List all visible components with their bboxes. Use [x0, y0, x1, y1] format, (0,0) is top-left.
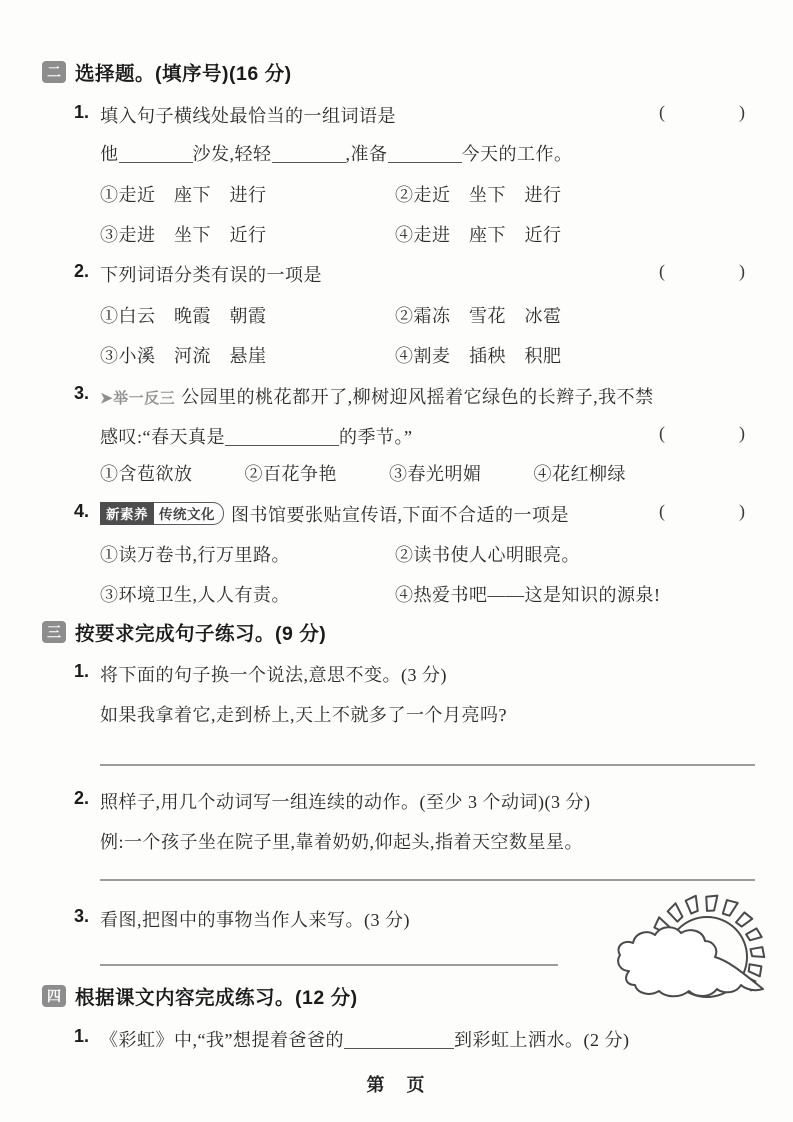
paren-close: )	[739, 102, 745, 123]
option-1: ①读万卷书,行万里路。	[100, 541, 395, 567]
section-4-badge-icon: 四	[42, 985, 66, 1007]
option-4: ④热爱书吧——这是知识的源泉!	[395, 581, 661, 607]
option-3: ③走进 坐下 近行	[100, 221, 395, 247]
paren-open: (	[659, 423, 665, 444]
sun-cloud-illustration	[613, 893, 777, 1007]
option-4: ④花红柳绿	[534, 460, 627, 486]
paren-open: (	[659, 501, 665, 522]
answer-parentheses: ( )	[659, 423, 745, 444]
question-number: 3.	[74, 383, 89, 404]
option-3: ③环境卫生,人人有责。	[100, 581, 395, 607]
question-number: 3.	[74, 906, 89, 927]
option-2: ②读书使人心明眼亮。	[395, 541, 580, 567]
worksheet-page: 二 选择题。(填序号)(16 分) 1. 填入句子横线处最恰当的一组词语是 ( …	[0, 0, 793, 1122]
option-3: ③春光明媚	[389, 460, 482, 486]
fill-sentence: 《彩虹》中,“我”想提着爸爸的到彩虹上洒水。(2 分)	[100, 1026, 629, 1052]
fill-blank	[344, 1033, 454, 1049]
option-3: ③小溪 河流 悬崖	[100, 342, 395, 368]
section-2-header: 二 选择题。(填序号)(16 分)	[42, 58, 292, 86]
answer-line	[100, 879, 755, 881]
option-2: ②百花争艳	[245, 460, 338, 486]
section-4-header: 四 根据课文内容完成练习。(12 分)	[42, 982, 358, 1010]
option-2: ②走近 坐下 进行	[395, 181, 562, 207]
question-number: 1.	[74, 102, 89, 123]
fill-seg: 沙发,轻轻	[193, 144, 272, 164]
question-number: 1.	[74, 1026, 89, 1047]
question-2-1-options-row2: ③走进 坐下 近行 ④走进 座下 近行	[100, 221, 562, 247]
question-text-line1: ➤举一反三公园里的桃花都开了,柳树迎风摇着它绿色的长辫子,我不禁	[100, 383, 654, 409]
page-footer: 第 页	[0, 1071, 793, 1097]
example-text: 例:一个孩子坐在院子里,靠着奶奶,仰起头,指着天空数星星。	[100, 828, 583, 854]
question-text: 填入句子横线处最恰当的一组词语是	[100, 102, 396, 128]
option-4: ④走进 座下 近行	[395, 221, 562, 247]
question-2-1-options-row1: ①走近 座下 进行 ②走近 坐下 进行	[100, 181, 562, 207]
option-1: ①白云 晚霞 朝霞	[100, 302, 395, 328]
xinsuyang-badge: 新素养	[100, 502, 154, 525]
fill-sentence: 他沙发,轻轻,准备今天的工作。	[100, 140, 573, 166]
section-3-badge-icon: 三	[42, 621, 66, 643]
paren-open: (	[659, 261, 665, 282]
fill-blank	[119, 147, 193, 163]
section-2-badge-icon: 二	[42, 61, 66, 83]
section-3-title: 按要求完成句子练习。(9 分)	[75, 618, 326, 646]
fill-seg: 感叹:“春天真是	[100, 427, 225, 447]
paren-open: (	[659, 102, 665, 123]
answer-line	[100, 964, 558, 966]
fill-seg: 到彩虹上洒水。(2 分)	[454, 1030, 630, 1050]
question-text: 看图,把图中的事物当作人来写。(3 分)	[100, 906, 410, 932]
paren-close: )	[739, 423, 745, 444]
option-1: ①走近 座下 进行	[100, 181, 395, 207]
question-2-3-options: ①含苞欲放 ②百花争艳 ③春光明媚 ④花红柳绿	[100, 460, 626, 486]
paren-close: )	[739, 261, 745, 282]
answer-parentheses: ( )	[659, 261, 745, 282]
fill-blank	[272, 147, 346, 163]
question-2-4-options-row1: ①读万卷书,行万里路。 ②读书使人心明眼亮。	[100, 541, 580, 567]
question-text: 将下面的句子换一个说法,意思不变。(3 分)	[100, 661, 447, 687]
answer-parentheses: ( )	[659, 102, 745, 123]
question-2-2-options-row1: ①白云 晚霞 朝霞 ②霜冻 雪花 冰雹	[100, 302, 562, 328]
fill-blank	[225, 430, 339, 446]
question-text-with-badges: 新素养传统文化图书馆要张贴宣传语,下面不合适的一项是	[100, 501, 569, 527]
sentence-text: 如果我拿着它,走到桥上,天上不就多了一个月亮吗?	[100, 701, 507, 727]
paren-close: )	[739, 501, 745, 522]
option-2: ②霜冻 雪花 冰雹	[395, 302, 562, 328]
fill-seg: 他	[100, 144, 119, 164]
juyifansan-tag: ➤举一反三	[100, 390, 175, 407]
question-text: 图书馆要张贴宣传语,下面不合适的一项是	[231, 505, 569, 525]
chuantongwenhua-badge: 传统文化	[154, 502, 224, 525]
option-4: ④割麦 插秧 积肥	[395, 342, 562, 368]
question-text: 下列词语分类有误的一项是	[100, 261, 322, 287]
fill-seg: 今天的工作。	[462, 144, 573, 164]
fill-sentence: 感叹:“春天真是的季节。”	[100, 423, 413, 449]
section-3-header: 三 按要求完成句子练习。(9 分)	[42, 618, 326, 646]
section-2-title: 选择题。(填序号)(16 分)	[75, 58, 292, 86]
question-number: 4.	[74, 501, 89, 522]
answer-line	[100, 764, 755, 766]
fill-seg: 的季节。”	[339, 427, 413, 447]
section-4-title: 根据课文内容完成练习。(12 分)	[75, 982, 358, 1010]
fill-seg: ,准备	[346, 144, 388, 164]
question-text: 照样子,用几个动词写一组连续的动作。(至少 3 个动词)(3 分)	[100, 788, 590, 814]
fill-seg: 《彩虹》中,“我”想提着爸爸的	[100, 1030, 344, 1050]
option-1: ①含苞欲放	[100, 460, 193, 486]
question-2-4-options-row2: ③环境卫生,人人有责。 ④热爱书吧——这是知识的源泉!	[100, 581, 661, 607]
question-number: 1.	[74, 661, 89, 682]
question-2-2-options-row2: ③小溪 河流 悬崖 ④割麦 插秧 积肥	[100, 342, 562, 368]
answer-parentheses: ( )	[659, 501, 745, 522]
question-text: 公园里的桃花都开了,柳树迎风摇着它绿色的长辫子,我不禁	[181, 387, 654, 407]
question-number: 2.	[74, 788, 89, 809]
question-number: 2.	[74, 261, 89, 282]
fill-blank	[388, 147, 462, 163]
